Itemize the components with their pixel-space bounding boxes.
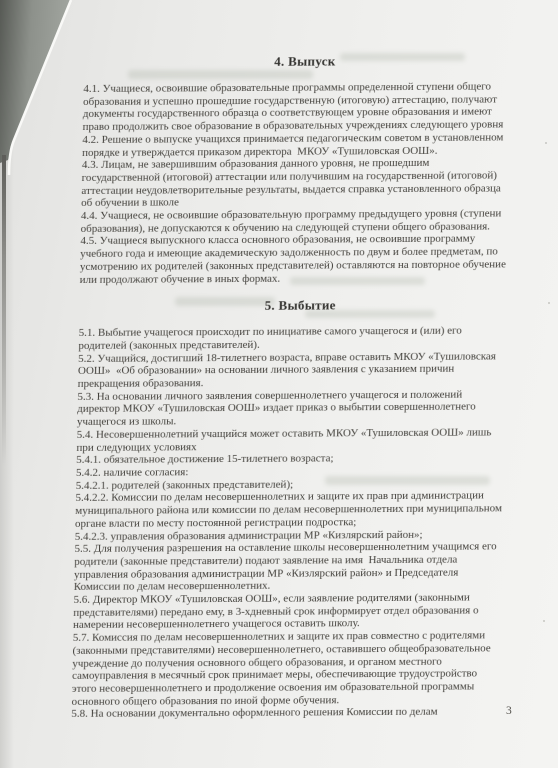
paragraph: 5.8. На основании документально оформлен… [71,706,513,721]
paragraph: 5.5. Для получения разрешения на оставле… [74,541,517,595]
paragraph: 4.2. Решение о выпуске учащихся принимае… [82,131,525,159]
paragraph: 5.2. Учащийся, достигший 18-тилетнего во… [78,350,521,391]
paragraph: 5.1. Выбытие учащегося происходит по ини… [78,325,521,353]
paper-edge-line [2,155,6,465]
document-sections: 4. Выпуск4.1. Учащиеся, освоившие образо… [71,53,526,721]
section-heading: 5. Выбытие [79,298,521,315]
paragraph: 5.4. Несовершеннолетний учащийся может о… [76,426,519,454]
paragraph: 4.1. Учащиеся, освоившие образовательные… [83,80,526,134]
paragraph: 4.5. Учащиеся выпускного класса основног… [80,233,523,287]
page-number: 3 [506,705,512,717]
paragraph: 5.3. На основании личного заявления сове… [77,388,520,429]
scanned-page: 4. Выпуск4.1. Учащиеся, освоившие образо… [0,0,558,768]
paragraph: 5.4.2.2. Комиссии по делам несовершеннол… [75,490,518,531]
paragraph: 4.3. Лицам, не завершившим образования д… [81,157,524,211]
paragraph: 5.6. Директор МКОУ «Тушиловская ООШ», ес… [73,591,516,632]
paragraph: 4.4. Учащиеся, не освоившие образователь… [81,207,524,235]
section-heading: 4. Выпуск [84,53,526,70]
paragraph: 5.7. Комиссия по делам несовершеннолетни… [71,629,515,708]
